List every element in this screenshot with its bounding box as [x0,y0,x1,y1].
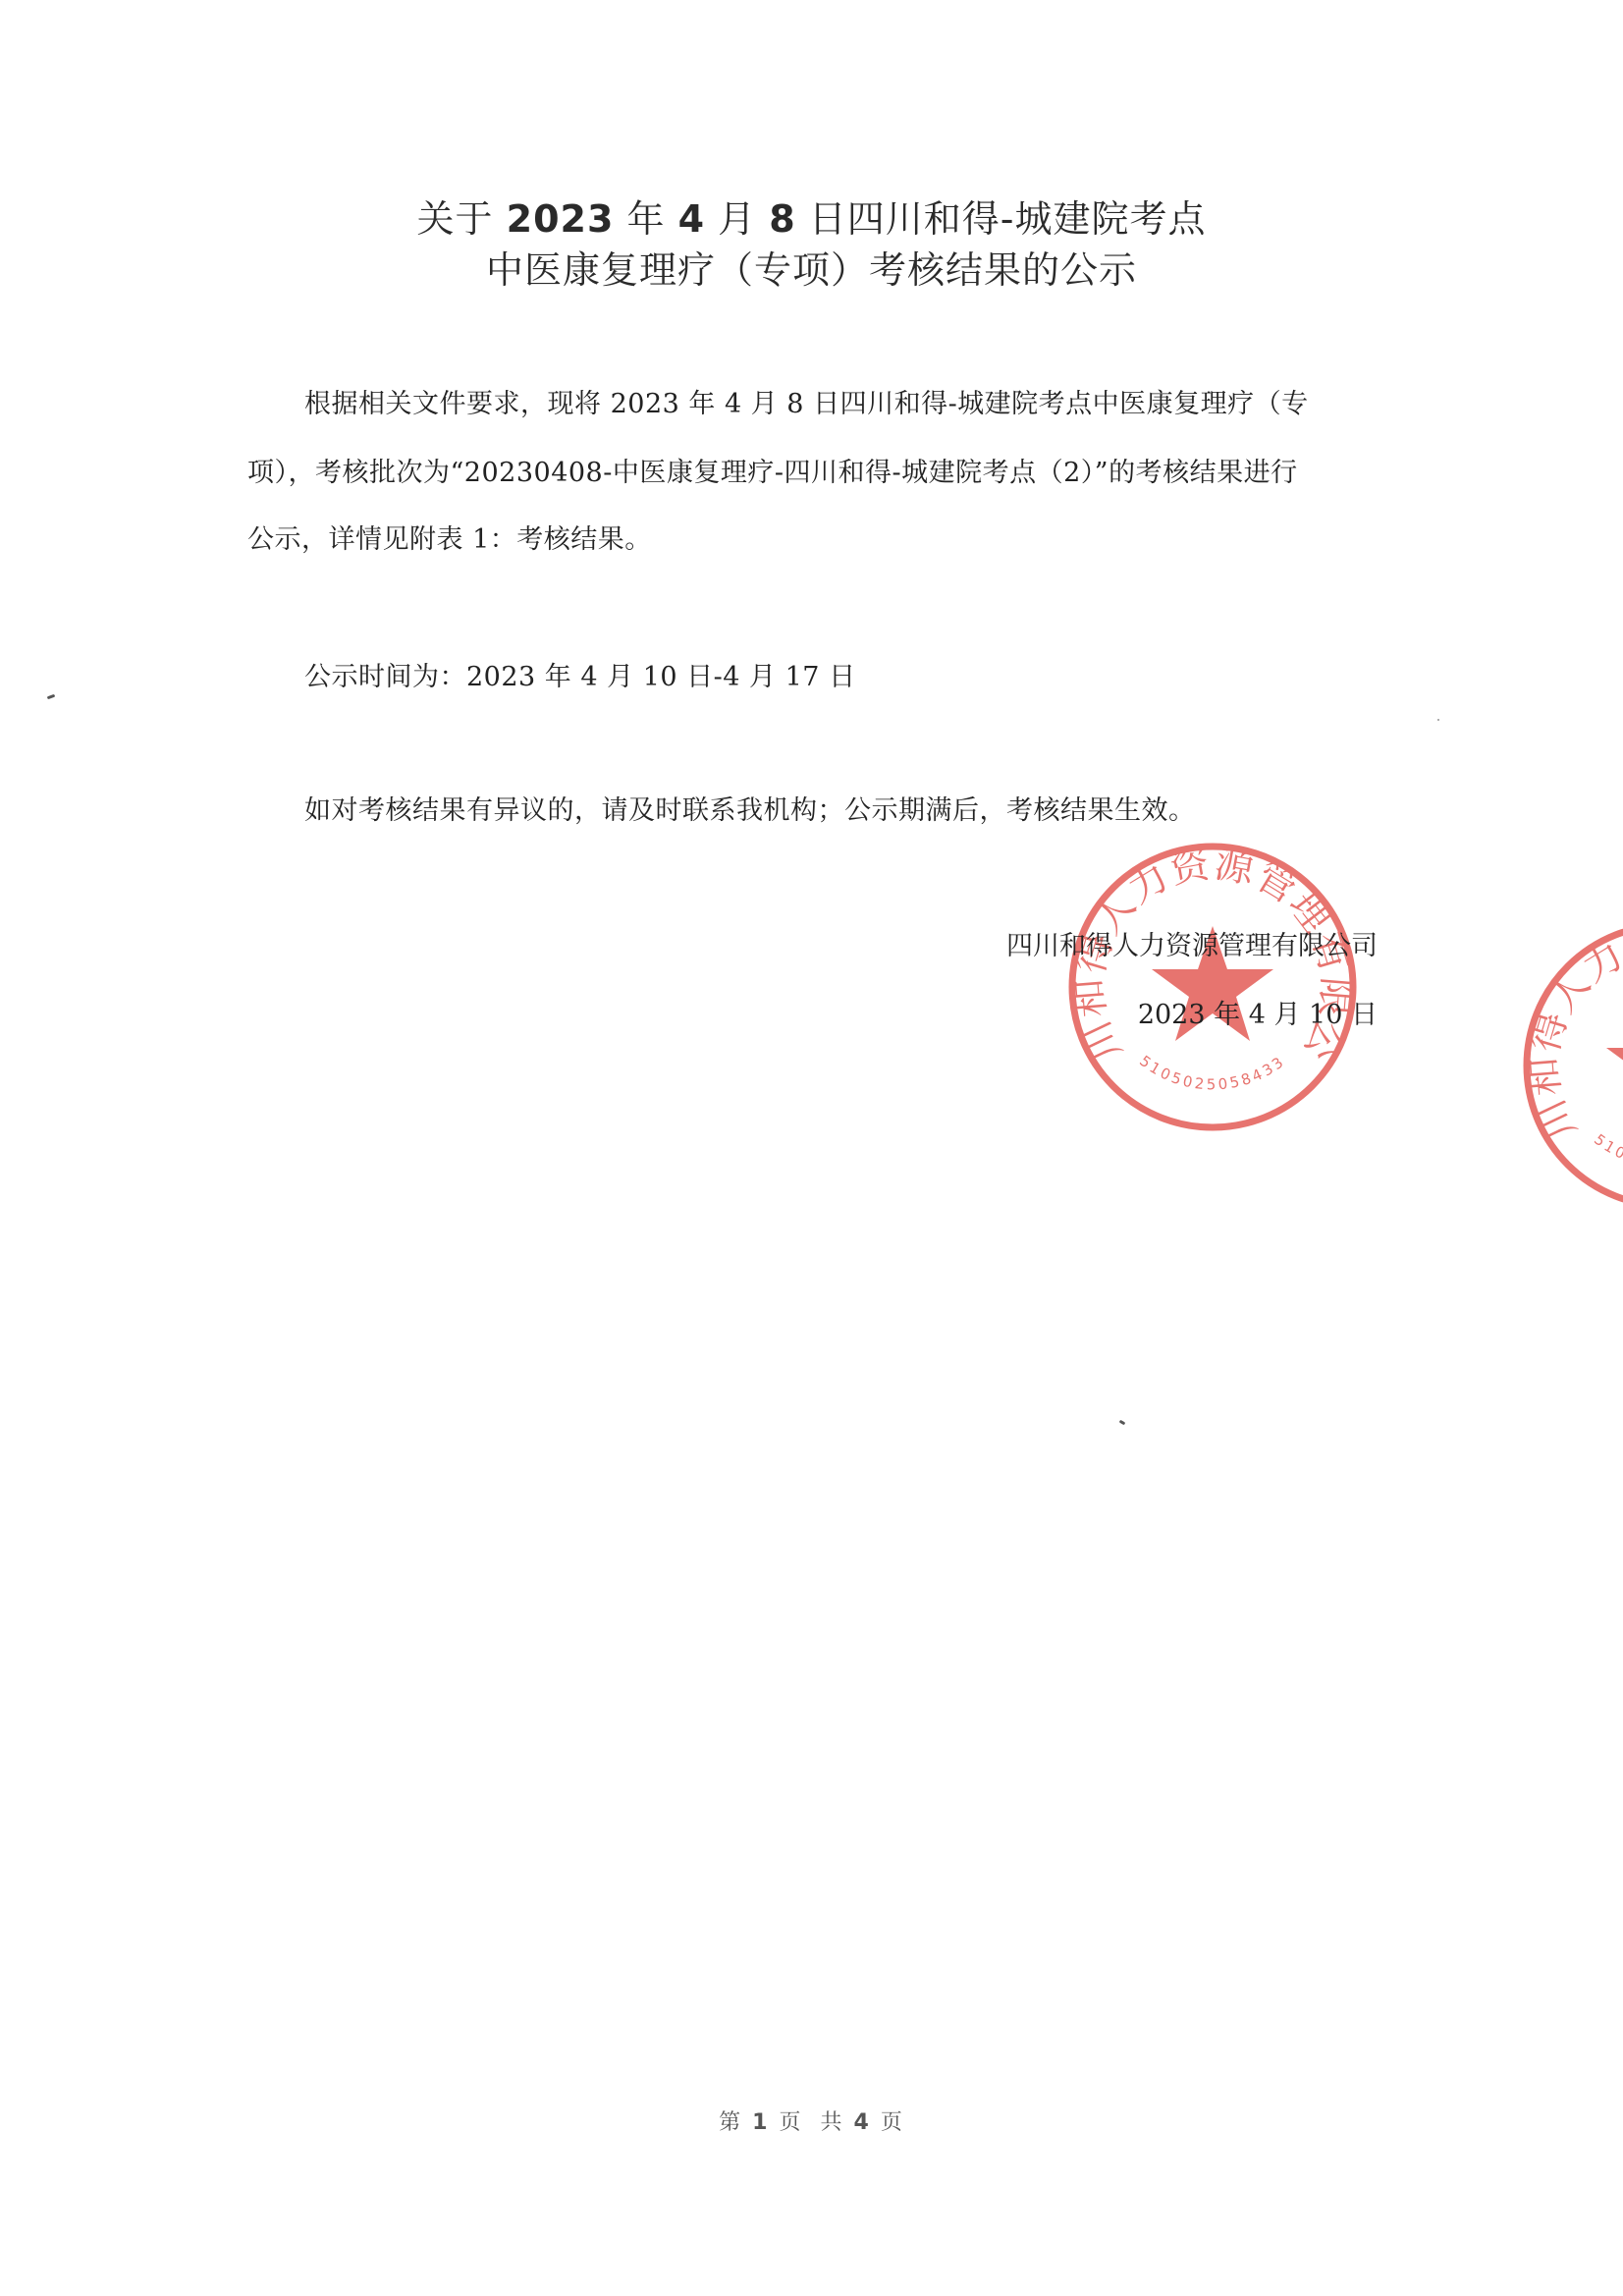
body-paragraph-1-line-1: 根据相关文件要求，现将 2023 年 4 月 8 日四川和得-城建院考点中医康复… [304,389,1309,420]
objection-notice: 如对考核结果有异议的，请及时联系我机构；公示期满后，考核结果生效。 [304,795,1196,827]
body-paragraph-1-line-3: 公示，详情见附表 1：考核结果。 [247,524,652,556]
svg-text:四川和得人力资源管理有限公司: 四川和得人力资源管理有限公司 [1520,918,1623,1147]
title-text: 日四川和得-城建院考点 [796,197,1207,241]
footer-text: 页 [779,2110,802,2135]
publicity-period: 公示时间为：2023 年 4 月 10 日-4 月 17 日 [304,662,856,693]
title-text: 关于 [417,197,507,241]
footer-text: 共 [821,2110,844,2135]
footer-text: 第 [719,2110,742,2135]
body-paragraph-1-line-2: 项），考核批次为“20230408-中医康复理疗-四川和得-城建院考点（2）”的… [247,458,1298,489]
signature-date: 2023 年 4 月 10 日 [1138,1000,1378,1031]
title-text: 月 [705,197,769,241]
signature-company: 四川和得人力资源管理有限公司 [1006,931,1378,962]
partial-seal-icon: 四川和得人力资源管理有限公司 5105025058433 [1520,918,1623,1213]
svg-text:5105025058433: 5105025058433 [1591,1130,1623,1172]
scan-speck [47,694,56,700]
scan-speck [1437,719,1440,722]
current-page-number: 1 [752,2110,769,2135]
title-year: 2023 [507,197,615,241]
seal-code: 5105025058433 [1591,1130,1623,1172]
document-title-line2: 中医康复理疗（专项）考核结果的公示 [0,247,1623,293]
document-title-line1: 关于 2023 年 4 月 8 日四川和得-城建院考点 [0,196,1623,242]
title-text: 年 [614,197,677,241]
footer-text: 页 [881,2110,904,2135]
page-footer: 第1页共4页 [0,2105,1623,2136]
title-day: 8 [769,197,795,241]
title-month: 4 [678,197,705,241]
svg-text:5105025058433: 5105025058433 [1136,1052,1289,1093]
total-pages-number: 4 [854,2110,871,2135]
document-page: 关于 2023 年 4 月 8 日四川和得-城建院考点 中医康复理疗（专项）考核… [0,0,1623,2296]
scan-speck [1119,1420,1126,1426]
seal-code: 5105025058433 [1136,1052,1289,1093]
seal-text: 四川和得人力资源管理有限公司 [1520,918,1623,1147]
official-seal-icon: 四川和得人力资源管理有限公司 5105025058433 [1065,840,1360,1134]
